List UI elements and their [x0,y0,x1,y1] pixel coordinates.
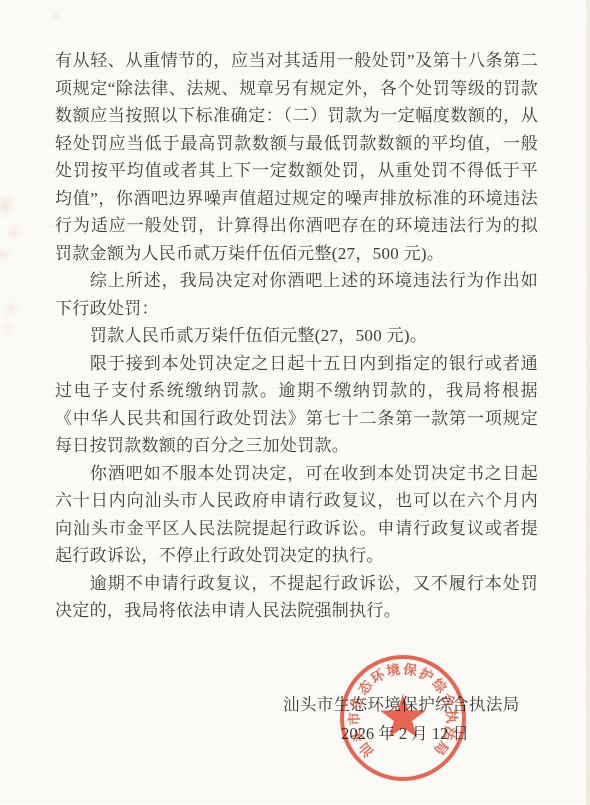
svg-text:市: 市 [346,712,362,726]
svg-text:执: 执 [444,709,460,724]
seal-star-icon [380,694,426,737]
svg-text:保: 保 [402,661,418,679]
svg-text:头: 头 [347,726,367,745]
svg-text:合: 合 [439,691,459,710]
body-paragraph-4: 限于接到本处罚决定之日起十五日内到指定的银行或者通过电子支付系统缴纳罚款。逾期不… [55,350,538,460]
body-paragraph-5: 你酒吧如不服本处罚决定，可在收到本处罚决定书之日起六十日内向汕头市人民政府申请行… [55,460,538,570]
document-body: 有从轻、从重情节的，应当对其适用一般处罚”及第十八条第二项规定“除法律、法规、规… [55,47,538,625]
official-seal: 汕头市生态环境保护综合执法局 [337,652,469,784]
body-paragraph-6: 逾期不申请行政复议，不提起行政诉讼，又不履行本处罚决定的，我局将依法申请人民法院… [55,570,538,625]
scan-mark-top-left [49,7,63,25]
svg-text:环: 环 [368,666,388,686]
scanned-document-page: 有从轻、从重情节的，应当对其适用一般处罚”及第十八条第二项规定“除法律、法规、规… [0,0,590,805]
body-paragraph-3: 罚款人民币贰万柒仟伍佰元整(27，500 元)。 [55,322,538,350]
scan-edge-shading [586,0,590,805]
body-paragraph-2: 综上所述，我局决定对你酒吧上述的环境违法行为作出如下行政处罚： [55,267,538,322]
svg-text:局: 局 [431,738,451,758]
ink-smudge-left-lower [0,296,22,340]
ink-smudge-left-upper [0,183,26,273]
svg-text:境: 境 [385,661,402,679]
body-paragraph-1: 有从轻、从重情节的，应当对其适用一般处罚”及第十八条第二项规定“除法律、法规、规… [55,47,538,267]
